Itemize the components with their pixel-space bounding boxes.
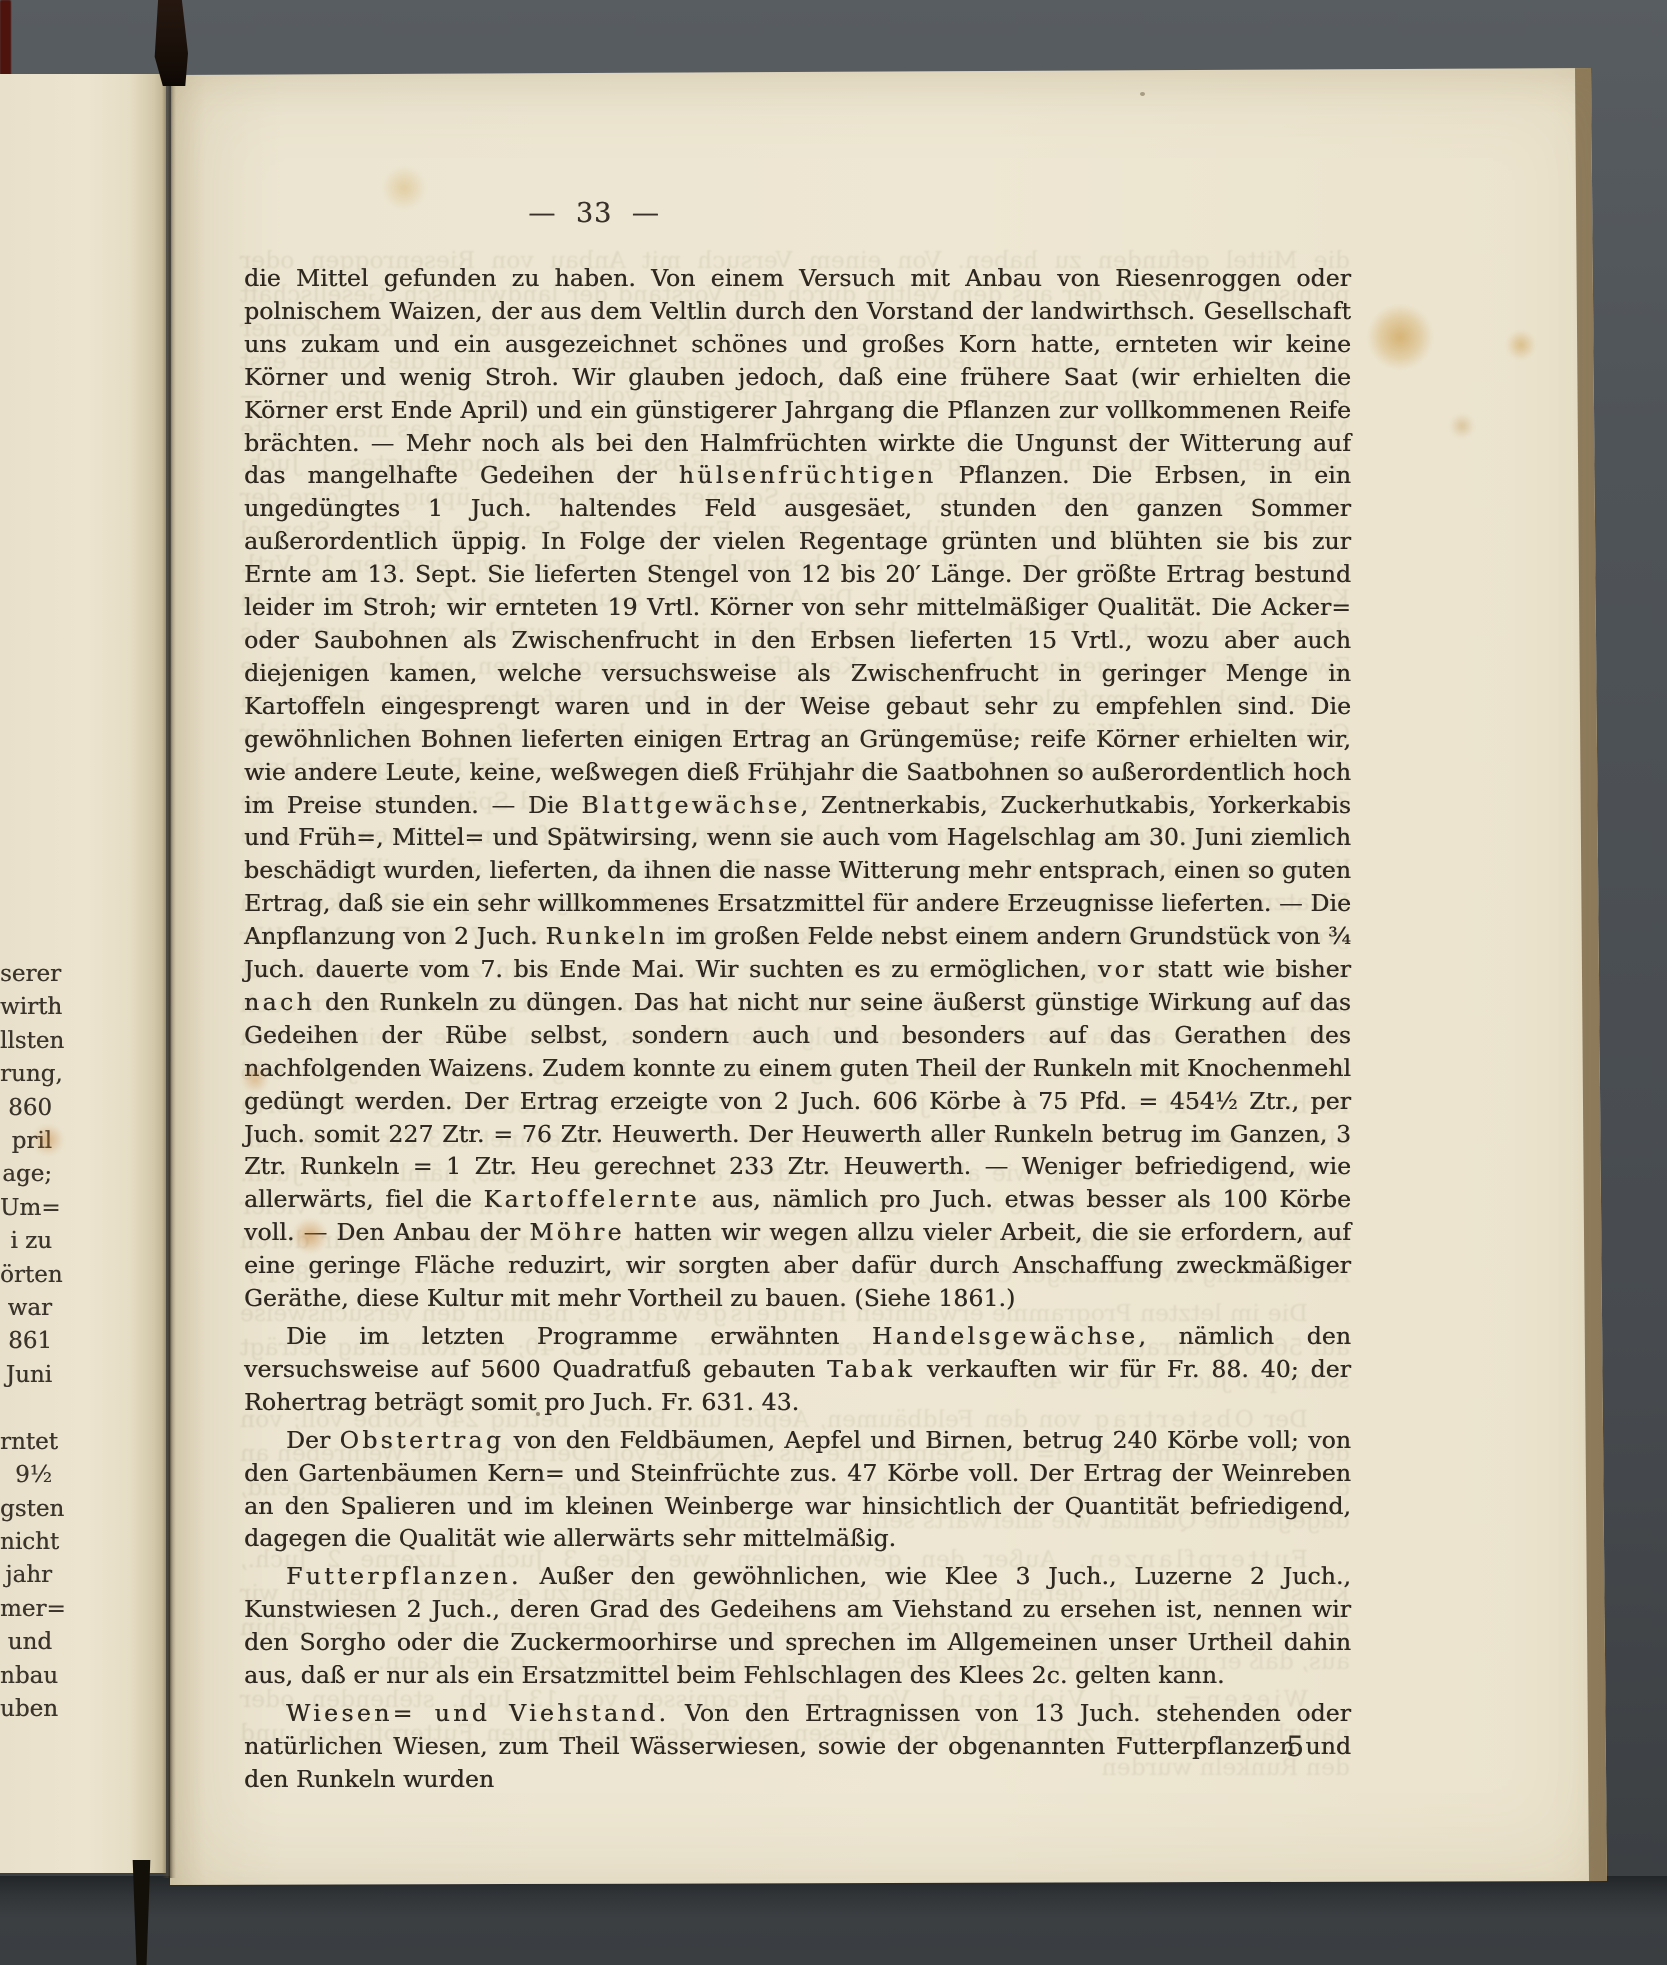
fragment-line: 861 bbox=[0, 1325, 52, 1358]
emphasized-text: nach bbox=[244, 988, 315, 1016]
fragment-line: nicht bbox=[0, 1526, 52, 1559]
body-text-segment: Der bbox=[286, 1426, 340, 1454]
fragment-line: i zu bbox=[0, 1225, 52, 1258]
fragment-line: 860 bbox=[0, 1092, 52, 1125]
paragraph: Wiesen= und Viehstand. Von den Ertragnis… bbox=[244, 1697, 1351, 1796]
fragment-line: mer= bbox=[0, 1593, 52, 1626]
fragment-line: war bbox=[0, 1292, 52, 1325]
signature-number: 5 bbox=[1255, 1730, 1335, 1763]
emphasized-text: Wiesen= und Viehstand. bbox=[286, 1699, 669, 1727]
fragment-line: 9½ bbox=[0, 1459, 52, 1492]
body-text: die Mittel gefunden zu haben. Von einem … bbox=[244, 262, 1351, 1796]
emphasized-text: Blattgewächse bbox=[581, 791, 800, 819]
paragraph: Die im letzten Programme erwähnten Hande… bbox=[244, 1320, 1351, 1419]
fragment-line: Juni bbox=[0, 1359, 52, 1392]
body-text-segment: die Mittel gefunden zu haben. Von einem … bbox=[244, 264, 1351, 489]
emphasized-text: vor bbox=[1098, 955, 1147, 983]
facing-page-fragments: sererwirthllstenrung,860prilage;Um=i zuö… bbox=[0, 958, 52, 1726]
paragraph: die Mittel gefunden zu haben. Von einem … bbox=[244, 262, 1351, 1315]
fragment-line: rung, bbox=[0, 1058, 52, 1091]
emphasized-text: Futterpflanzen. bbox=[286, 1562, 522, 1590]
fragment-line: pril bbox=[0, 1125, 52, 1158]
fragment-line: rntet bbox=[0, 1426, 52, 1459]
emphasized-text: Kartoffelernte bbox=[484, 1185, 700, 1213]
book-scan: { "page": { "header_display": "— 33 —", … bbox=[0, 0, 1667, 1965]
fragment-line: wirth bbox=[0, 991, 52, 1024]
emphasized-text: Obstertrag bbox=[340, 1426, 505, 1454]
body-text-segment: den Runkeln zu düngen. Das hat nicht nur… bbox=[244, 988, 1351, 1213]
fragment-line: llsten bbox=[0, 1025, 52, 1058]
emphasized-text: Möhre bbox=[529, 1218, 625, 1246]
emphasized-text: Handelsgewächse bbox=[872, 1322, 1139, 1350]
fragment-line: serer bbox=[0, 958, 52, 991]
page-header-number: — 33 — bbox=[244, 198, 944, 229]
emphasized-text: Runkeln bbox=[546, 922, 669, 950]
body-text-segment: Die im letzten Programme erwähnten bbox=[286, 1322, 872, 1350]
gutter-shadow bbox=[162, 70, 176, 1878]
fragment-line: uben bbox=[0, 1693, 52, 1726]
fragment-line: jahr bbox=[0, 1559, 52, 1592]
paragraph: Futterpflanzen. Außer den gewöhnlichen, … bbox=[244, 1560, 1351, 1692]
paragraph: Der Obstertrag von den Feldbäumen, Aepfe… bbox=[244, 1424, 1351, 1556]
book-page: die Mittel gefunden zu haben. Von einem … bbox=[170, 66, 1607, 1885]
body-text-segment: statt wie bisher bbox=[1147, 955, 1351, 983]
emphasized-text: Tabak bbox=[827, 1355, 915, 1383]
fragment-line bbox=[0, 1392, 52, 1425]
emphasized-text: hülsenfrüchtigen bbox=[679, 461, 937, 489]
fragment-line: örten bbox=[0, 1259, 52, 1292]
body-text-segment: Pflanzen. Die Erbsen, in ein ungedüngtes… bbox=[244, 461, 1351, 818]
fragment-line: age; bbox=[0, 1158, 52, 1191]
fragment-line: nbau bbox=[0, 1660, 52, 1693]
fragment-line: Um= bbox=[0, 1192, 52, 1225]
fragment-line: und bbox=[0, 1626, 52, 1659]
fragment-line: gsten bbox=[0, 1493, 52, 1526]
